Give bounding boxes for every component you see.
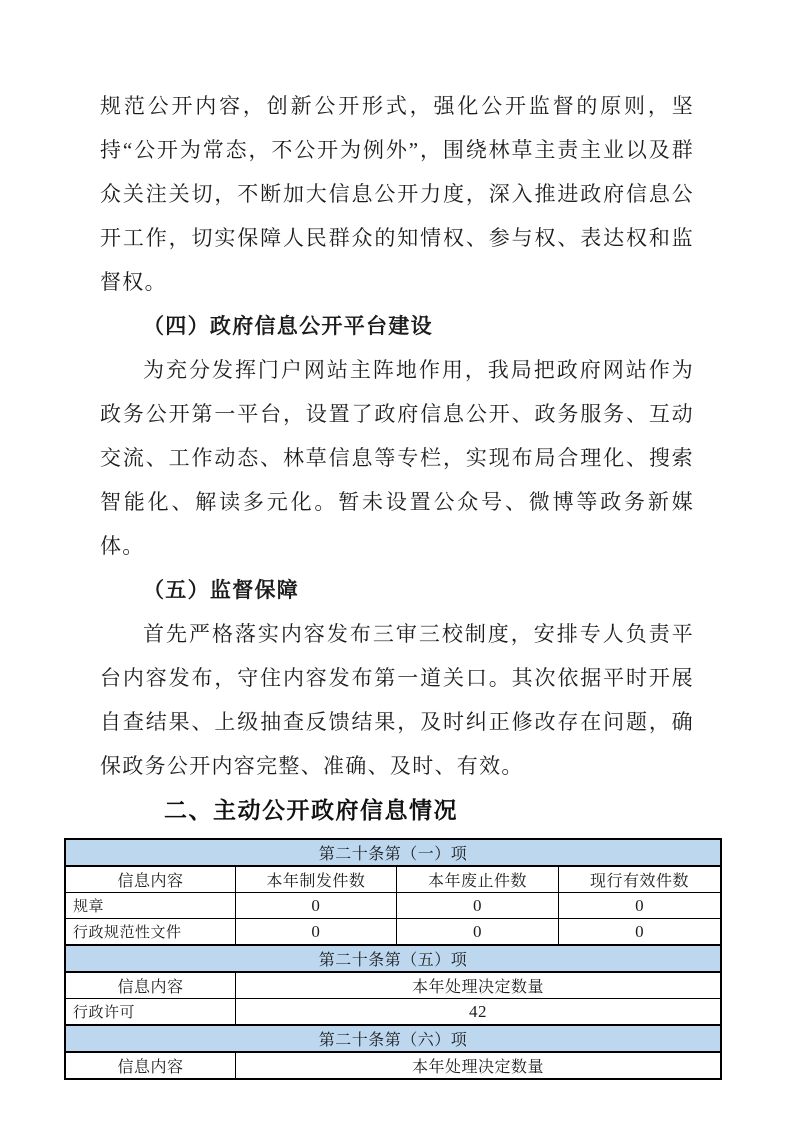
table-header-row: 信息内容 本年制发件数 本年废止件数 现行有效件数 bbox=[65, 866, 721, 893]
table-header-row: 信息内容 本年处理决定数量 bbox=[65, 972, 721, 999]
band-label: 第二十条第（五）项 bbox=[65, 945, 721, 972]
document-text-block: 规范公开内容，创新公开形式，强化公开监督的原则，坚持“公开为常态，不公开为例外”… bbox=[0, 0, 793, 826]
table-header-cell: 本年废止件数 bbox=[396, 866, 558, 893]
paragraph-continuation: 规范公开内容，创新公开形式，强化公开监督的原则，坚持“公开为常态，不公开为例外”… bbox=[100, 84, 694, 304]
table-header-cell: 现行有效件数 bbox=[559, 866, 721, 893]
section5-body: 首先严格落实内容发布三审三校制度，安排专人负责平台内容发布，守住内容发布第一道关… bbox=[100, 612, 694, 788]
table-header-cell: 信息内容 bbox=[65, 866, 236, 893]
section4-body: 为充分发挥门户网站主阵地作用，我局把政府网站作为政务公开第一平台，设置了政府信息… bbox=[100, 348, 694, 568]
table-header-cell: 本年制发件数 bbox=[236, 866, 397, 893]
table-label-cell: 行政规范性文件 bbox=[65, 919, 236, 946]
table-header-cell: 本年处理决定数量 bbox=[236, 1052, 721, 1079]
table-row-normative-documents: 行政规范性文件 0 0 0 bbox=[65, 919, 721, 946]
document-page: 规范公开内容，创新公开形式，强化公开监督的原则，坚持“公开为常态，不公开为例外”… bbox=[0, 0, 793, 1122]
table-value-cell: 0 bbox=[559, 893, 721, 919]
table-label-cell: 行政许可 bbox=[65, 999, 236, 1026]
table-value-cell: 0 bbox=[559, 919, 721, 946]
table-band-row-article20-item1: 第二十条第（一）项 bbox=[65, 839, 721, 866]
info-disclosure-table: 第二十条第（一）项 信息内容 本年制发件数 本年废止件数 现行有效件数 规章 0… bbox=[64, 838, 722, 1080]
table-band-row-article20-item5: 第二十条第（五）项 bbox=[65, 945, 721, 972]
table-header-cell: 信息内容 bbox=[65, 1052, 236, 1079]
section4-heading: （四）政府信息公开平台建设 bbox=[100, 304, 694, 348]
table-row-administrative-licensing: 行政许可 42 bbox=[65, 999, 721, 1026]
band-label: 第二十条第（一）项 bbox=[65, 839, 721, 866]
section2-heading: 二、主动公开政府信息情况 bbox=[164, 794, 694, 826]
table-band-row-article20-item6: 第二十条第（六）项 bbox=[65, 1025, 721, 1052]
band-label: 第二十条第（六）项 bbox=[65, 1025, 721, 1052]
table-value-cell: 42 bbox=[236, 999, 721, 1026]
table-header-cell: 信息内容 bbox=[65, 972, 236, 999]
table-value-cell: 0 bbox=[396, 893, 558, 919]
table-header-row: 信息内容 本年处理决定数量 bbox=[65, 1052, 721, 1079]
table-header-cell: 本年处理决定数量 bbox=[236, 972, 721, 999]
table-row-regulations: 规章 0 0 0 bbox=[65, 893, 721, 919]
table-value-cell: 0 bbox=[236, 893, 397, 919]
table-value-cell: 0 bbox=[396, 919, 558, 946]
table-value-cell: 0 bbox=[236, 919, 397, 946]
table-label-cell: 规章 bbox=[65, 893, 236, 919]
section5-heading: （五）监督保障 bbox=[100, 568, 694, 612]
